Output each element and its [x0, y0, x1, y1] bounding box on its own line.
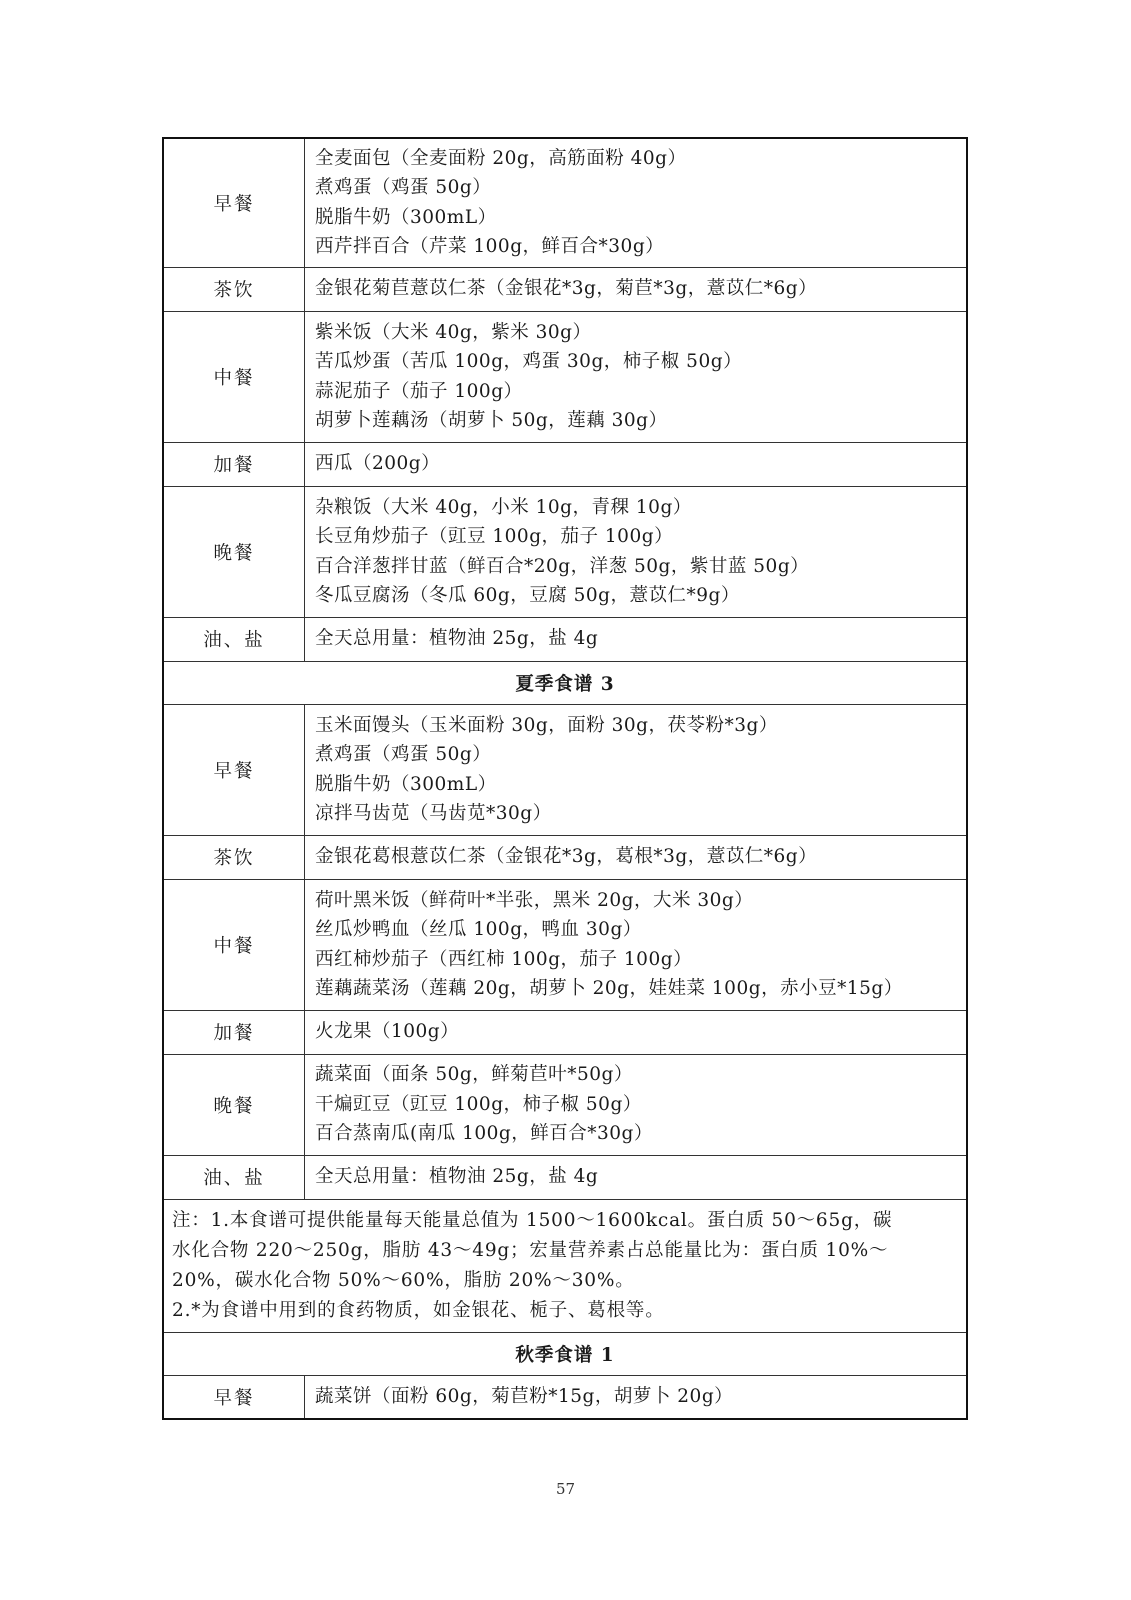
dish-line: 荷叶黑米饭（鲜荷叶*半张，黑米 20g，大米 30g） — [315, 886, 966, 916]
meal-row: 加餐西瓜（200g） — [163, 442, 967, 486]
meal-row: 油、盐全天总用量：植物油 25g，盐 4g — [163, 617, 967, 661]
section-heading: 夏季食谱 3 — [163, 661, 967, 704]
meal-label: 早餐 — [163, 704, 305, 835]
page-number: 57 — [0, 1480, 1131, 1498]
section-heading-row: 夏季食谱 3 — [163, 661, 967, 704]
meal-row: 中餐紫米饭（大米 40g，紫米 30g）苦瓜炒蛋（苦瓜 100g，鸡蛋 30g，… — [163, 311, 967, 442]
dish-line: 长豆角炒茄子（豇豆 100g，茄子 100g） — [315, 522, 966, 552]
dish-line: 蒜泥茄子（茄子 100g） — [315, 377, 966, 407]
dish-line: 蔬菜饼（面粉 60g，菊苣粉*15g，胡萝卜 20g） — [315, 1382, 966, 1412]
meal-content: 蔬菜饼（面粉 60g，菊苣粉*15g，胡萝卜 20g） — [305, 1375, 968, 1419]
dish-line: 蔬菜面（面条 50g，鲜菊苣叶*50g） — [315, 1060, 966, 1090]
note-line: 20%，碳水化合物 50%～60%，脂肪 20%～30%。 — [172, 1266, 958, 1296]
meal-content: 紫米饭（大米 40g，紫米 30g）苦瓜炒蛋（苦瓜 100g，鸡蛋 30g，柿子… — [305, 311, 968, 442]
meal-label: 中餐 — [163, 311, 305, 442]
dish-line: 全天总用量：植物油 25g，盐 4g — [315, 624, 966, 654]
meal-label: 晚餐 — [163, 486, 305, 617]
meal-plan-body: 早餐全麦面包（全麦面粉 20g，高筋面粉 40g）煮鸡蛋（鸡蛋 50g）脱脂牛奶… — [163, 138, 967, 1419]
section-heading-row: 秋季食谱 1 — [163, 1332, 967, 1375]
dish-line: 百合蒸南瓜(南瓜 100g，鲜百合*30g） — [315, 1119, 966, 1149]
meal-content: 玉米面馒头（玉米面粉 30g，面粉 30g，茯苓粉*3g）煮鸡蛋（鸡蛋 50g）… — [305, 704, 968, 835]
meal-label: 加餐 — [163, 442, 305, 486]
meal-row: 茶饮金银花葛根薏苡仁茶（金银花*3g，葛根*3g，薏苡仁*6g） — [163, 835, 967, 879]
meal-label: 茶饮 — [163, 835, 305, 879]
meal-content: 杂粮饭（大米 40g，小米 10g，青稞 10g）长豆角炒茄子（豇豆 100g，… — [305, 486, 968, 617]
dish-line: 西芹拌百合（芹菜 100g，鲜百合*30g） — [315, 232, 966, 262]
meal-row: 中餐荷叶黑米饭（鲜荷叶*半张，黑米 20g，大米 30g）丝瓜炒鸭血（丝瓜 10… — [163, 879, 967, 1010]
section-heading: 秋季食谱 1 — [163, 1332, 967, 1375]
dish-line: 莲藕蔬菜汤（莲藕 20g，胡萝卜 20g，娃娃菜 100g，赤小豆*15g） — [315, 974, 966, 1004]
meal-row: 加餐火龙果（100g） — [163, 1010, 967, 1054]
meal-row: 晚餐杂粮饭（大米 40g，小米 10g，青稞 10g）长豆角炒茄子（豇豆 100… — [163, 486, 967, 617]
dish-line: 金银花葛根薏苡仁茶（金银花*3g，葛根*3g，薏苡仁*6g） — [315, 842, 966, 872]
dish-line: 西红柿炒茄子（西红柿 100g，茄子 100g） — [315, 945, 966, 975]
meal-row: 晚餐蔬菜面（面条 50g，鲜菊苣叶*50g）干煸豇豆（豇豆 100g，柿子椒 5… — [163, 1054, 967, 1155]
meal-label: 加餐 — [163, 1010, 305, 1054]
dish-line: 脱脂牛奶（300mL） — [315, 203, 966, 233]
meal-row: 早餐蔬菜饼（面粉 60g，菊苣粉*15g，胡萝卜 20g） — [163, 1375, 967, 1419]
meal-content: 金银花葛根薏苡仁茶（金银花*3g，葛根*3g，薏苡仁*6g） — [305, 835, 968, 879]
meal-row: 油、盐全天总用量：植物油 25g，盐 4g — [163, 1155, 967, 1199]
dish-line: 全天总用量：植物油 25g，盐 4g — [315, 1162, 966, 1192]
note-line: 水化合物 220～250g，脂肪 43～49g；宏量营养素占总能量比为：蛋白质 … — [172, 1236, 958, 1266]
meal-label: 油、盐 — [163, 617, 305, 661]
meal-row: 早餐玉米面馒头（玉米面粉 30g，面粉 30g，茯苓粉*3g）煮鸡蛋（鸡蛋 50… — [163, 704, 967, 835]
dish-line: 煮鸡蛋（鸡蛋 50g） — [315, 740, 966, 770]
meal-content: 火龙果（100g） — [305, 1010, 968, 1054]
dish-line: 脱脂牛奶（300mL） — [315, 770, 966, 800]
meal-row: 早餐全麦面包（全麦面粉 20g，高筋面粉 40g）煮鸡蛋（鸡蛋 50g）脱脂牛奶… — [163, 138, 967, 267]
dish-line: 杂粮饭（大米 40g，小米 10g，青稞 10g） — [315, 493, 966, 523]
dish-line: 苦瓜炒蛋（苦瓜 100g，鸡蛋 30g，柿子椒 50g） — [315, 347, 966, 377]
dish-line: 金银花菊苣薏苡仁茶（金银花*3g，菊苣*3g，薏苡仁*6g） — [315, 274, 966, 304]
dish-line: 百合洋葱拌甘蓝（鲜百合*20g，洋葱 50g，紫甘蓝 50g） — [315, 552, 966, 582]
dish-line: 凉拌马齿苋（马齿苋*30g） — [315, 799, 966, 829]
meal-content: 蔬菜面（面条 50g，鲜菊苣叶*50g）干煸豇豆（豇豆 100g，柿子椒 50g… — [305, 1054, 968, 1155]
meal-content: 全天总用量：植物油 25g，盐 4g — [305, 617, 968, 661]
meal-label: 中餐 — [163, 879, 305, 1010]
dish-line: 胡萝卜莲藕汤（胡萝卜 50g，莲藕 30g） — [315, 406, 966, 436]
meal-content: 全天总用量：植物油 25g，盐 4g — [305, 1155, 968, 1199]
meal-row: 茶饮金银花菊苣薏苡仁茶（金银花*3g，菊苣*3g，薏苡仁*6g） — [163, 267, 967, 311]
meal-content: 荷叶黑米饭（鲜荷叶*半张，黑米 20g，大米 30g）丝瓜炒鸭血（丝瓜 100g… — [305, 879, 968, 1010]
dish-line: 冬瓜豆腐汤（冬瓜 60g，豆腐 50g，薏苡仁*9g） — [315, 581, 966, 611]
note-line: 2.*为食谱中用到的食药物质，如金银花、栀子、葛根等。 — [172, 1296, 958, 1326]
meal-label: 早餐 — [163, 1375, 305, 1419]
dish-line: 紫米饭（大米 40g，紫米 30g） — [315, 318, 966, 348]
note-row: 注：1.本食谱可提供能量每天能量总值为 1500～1600kcal。蛋白质 50… — [163, 1199, 967, 1332]
note: 注：1.本食谱可提供能量每天能量总值为 1500～1600kcal。蛋白质 50… — [163, 1199, 967, 1332]
note-line: 注：1.本食谱可提供能量每天能量总值为 1500～1600kcal。蛋白质 50… — [172, 1206, 958, 1236]
dish-line: 玉米面馒头（玉米面粉 30g，面粉 30g，茯苓粉*3g） — [315, 711, 966, 741]
dish-line: 西瓜（200g） — [315, 449, 966, 479]
dish-line: 丝瓜炒鸭血（丝瓜 100g，鸭血 30g） — [315, 915, 966, 945]
meal-content: 西瓜（200g） — [305, 442, 968, 486]
meal-plan-table: 早餐全麦面包（全麦面粉 20g，高筋面粉 40g）煮鸡蛋（鸡蛋 50g）脱脂牛奶… — [162, 137, 968, 1420]
dish-line: 全麦面包（全麦面粉 20g，高筋面粉 40g） — [315, 144, 966, 174]
meal-label: 油、盐 — [163, 1155, 305, 1199]
meal-label: 晚餐 — [163, 1054, 305, 1155]
meal-content: 全麦面包（全麦面粉 20g，高筋面粉 40g）煮鸡蛋（鸡蛋 50g）脱脂牛奶（3… — [305, 138, 968, 267]
dish-line: 煮鸡蛋（鸡蛋 50g） — [315, 173, 966, 203]
meal-content: 金银花菊苣薏苡仁茶（金银花*3g，菊苣*3g，薏苡仁*6g） — [305, 267, 968, 311]
meal-label: 茶饮 — [163, 267, 305, 311]
dish-line: 火龙果（100g） — [315, 1017, 966, 1047]
dish-line: 干煸豇豆（豇豆 100g，柿子椒 50g） — [315, 1090, 966, 1120]
meal-label: 早餐 — [163, 138, 305, 267]
